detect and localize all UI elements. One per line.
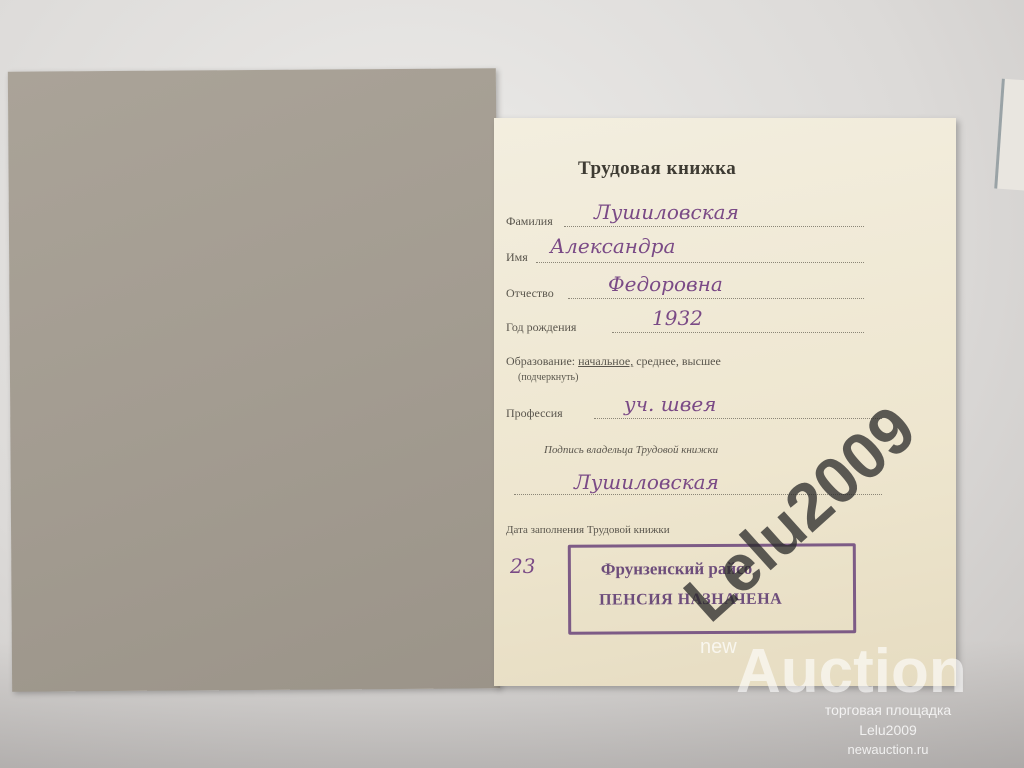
watermark-seller-small: Lelu2009	[788, 722, 988, 738]
surname-line	[564, 226, 864, 227]
fill-date-label: Дата заполнения Трудовой книжки	[506, 524, 670, 536]
watermark-tagline: торговая площадка	[788, 702, 988, 718]
profession-value: уч. швея	[624, 392, 716, 416]
education-option-higher: высшее	[682, 354, 721, 368]
watermark-site: newauction.ru	[788, 742, 988, 757]
patronymic-label: Отчество	[506, 286, 554, 301]
booklet-inner-cover	[8, 68, 500, 691]
watermark-brand-prefix: new	[700, 636, 737, 659]
surname-value: Лушиловская	[594, 200, 739, 224]
document-title: Трудовая книжка	[578, 158, 736, 180]
first-name-label: Имя	[506, 250, 528, 265]
education-note: (подчеркнуть)	[518, 372, 578, 383]
education-row: Образование: начальное, среднее, высшее	[506, 354, 721, 369]
surname-label: Фамилия	[506, 214, 553, 229]
birth-year-label: Год рождения	[506, 320, 576, 335]
education-option-secondary: среднее,	[636, 354, 679, 368]
education-label: Образование:	[506, 354, 575, 368]
profession-label: Профессия	[506, 406, 563, 421]
watermark-brand: Auction	[736, 636, 967, 707]
patronymic-line	[568, 298, 864, 299]
signature-value: Лушиловская	[574, 470, 719, 494]
fill-date-day: 23	[510, 554, 535, 578]
signature-label: Подпись владельца Трудовой книжки	[544, 444, 718, 456]
education-option-primary: начальное,	[578, 354, 633, 368]
adjacent-document-edge	[994, 79, 1024, 192]
profession-line	[594, 418, 882, 419]
patronymic-value: Федоровна	[608, 272, 723, 296]
birth-year-value: 1932	[652, 306, 703, 330]
first-name-value: Александра	[550, 234, 675, 258]
first-name-line	[536, 262, 864, 263]
birth-year-line	[612, 332, 864, 333]
